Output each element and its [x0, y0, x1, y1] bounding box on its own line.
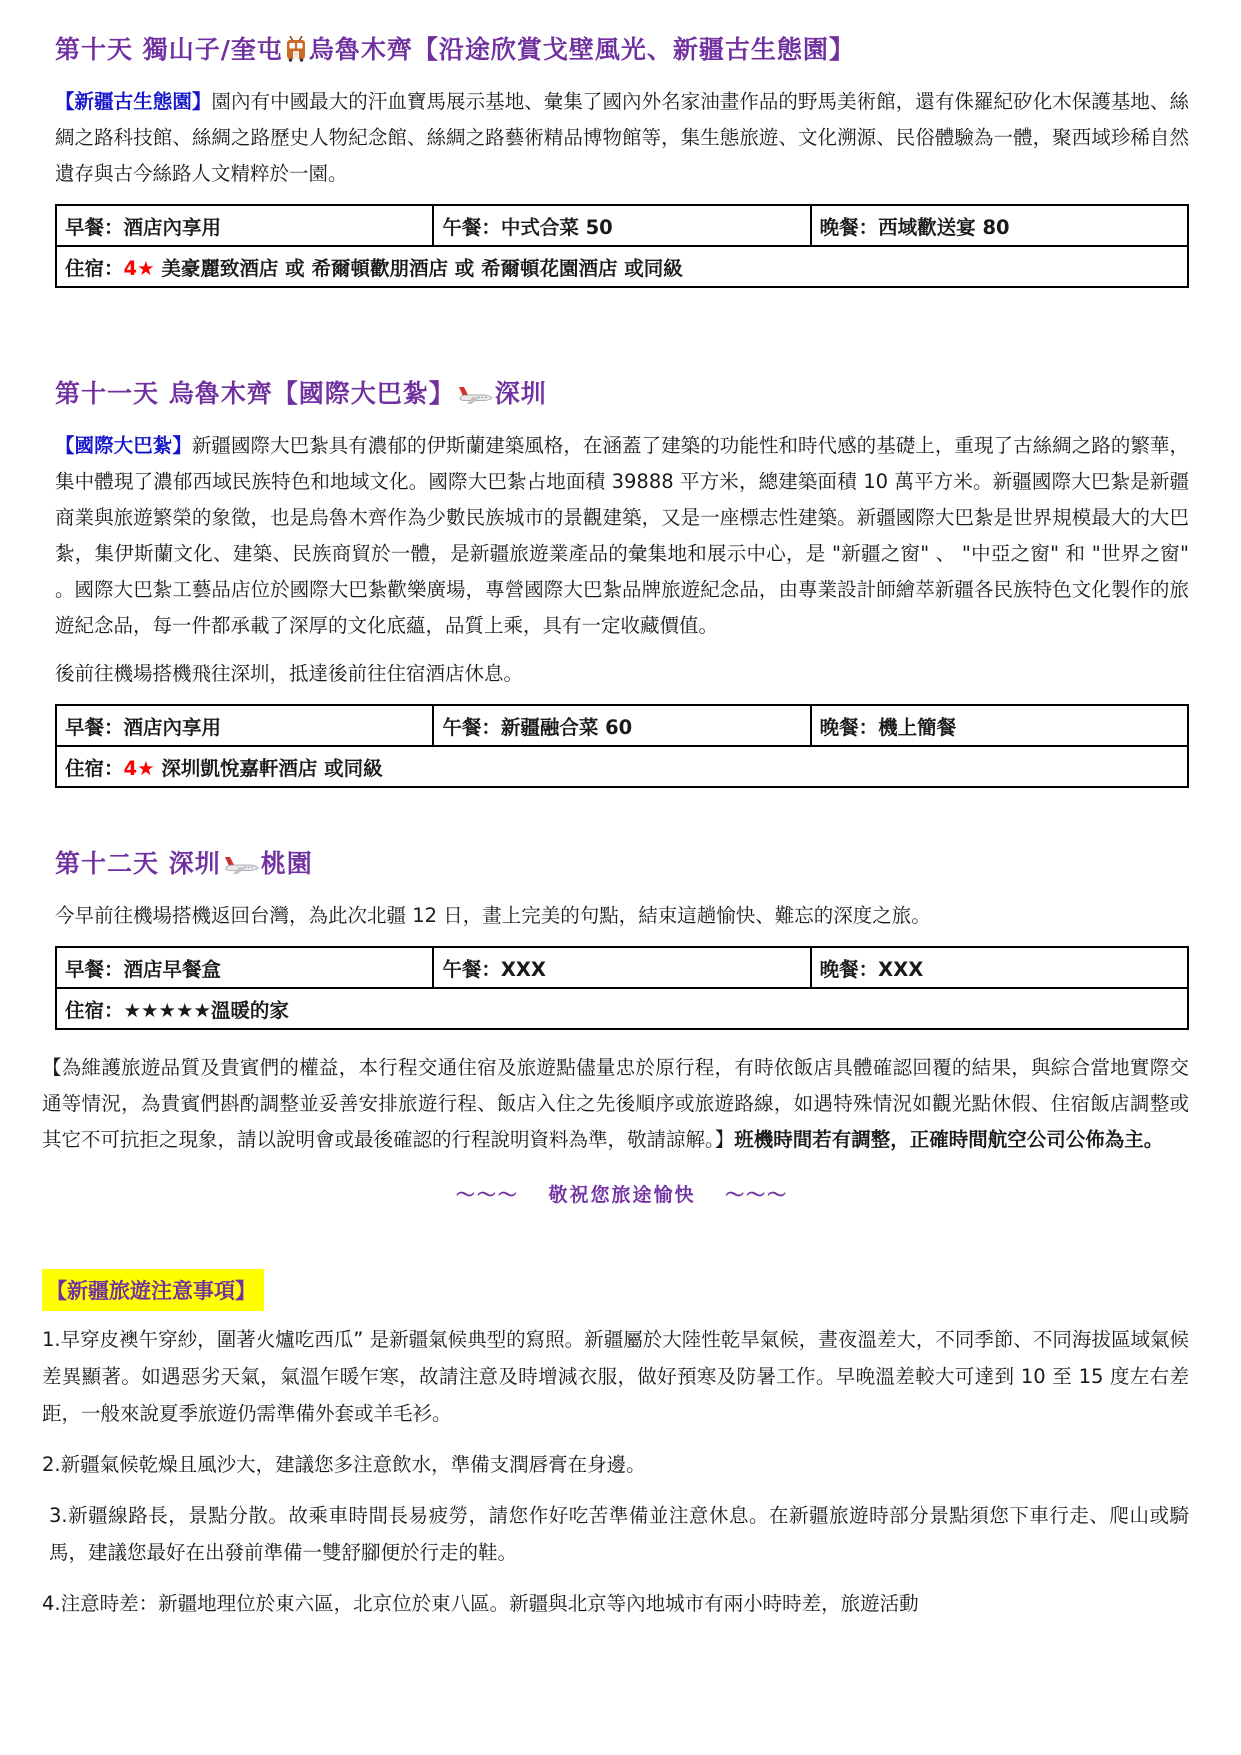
day10-description-text: 園內有中國最大的汗血寶馬展示基地、彙集了國內外名家油畫作品的野馬美術館，還有侏羅…: [55, 90, 1189, 185]
day10-dinner-cell: 晚餐：西域歡送宴 80: [811, 205, 1188, 246]
day11-attraction-label: 【國際大巴紮】: [55, 434, 192, 457]
day12-description: 今早前往機場搭機返回台灣，為此次北疆 12 日，畫上完美的句點，結束這趟愉快、難…: [55, 898, 1189, 934]
flight-schedule-notice: 班機時間若有調整，正確時間航空公司公佈為主。: [734, 1128, 1163, 1151]
day11-lodging-label: 住宿：: [65, 757, 124, 780]
day12-lodging-label: 住宿：: [65, 999, 124, 1022]
day12-lunch-cell: 午餐：XXX: [433, 947, 810, 988]
day10-breakfast-cell: 早餐：酒店內享用: [56, 205, 433, 246]
day10-section: 第十天 獨山子/奎屯烏魯木齊【沿途欣賞戈壁風光、新疆古生態園】 【新疆古生態園】…: [55, 30, 1189, 288]
day10-meals-row: 早餐：酒店內享用 午餐：中式合菜 50 晚餐：西域歡送宴 80: [56, 205, 1188, 246]
day11-transfer-note: 後前往機場搭機飛往深圳，抵達後前往住宿酒店休息。: [55, 656, 1189, 692]
travel-note-1: 1.早穿皮襖午穿紗，圍著火爐吃西瓜” 是新疆氣候典型的寫照。新疆屬於大陸性乾旱氣…: [42, 1321, 1189, 1432]
day11-title-pre: 第十一天 烏魯木齊【國際大巴紮】: [55, 379, 455, 408]
day12-title: 第十二天 深圳桃園: [55, 844, 1189, 882]
day11-lunch-cell: 午餐：新疆融合菜 60: [433, 705, 810, 746]
day10-title: 第十天 獨山子/奎屯烏魯木齊【沿途欣賞戈壁風光、新疆古生態園】: [55, 30, 1189, 68]
day12-meals-row: 早餐：酒店早餐盒 午餐：XXX 晚餐：XXX: [56, 947, 1188, 988]
day11-title-post: 深圳: [495, 379, 547, 408]
day11-meal-table: 早餐：酒店內享用 午餐：新疆融合菜 60 晚餐：機上簡餐 住宿：4★ 深圳凱悅嘉…: [55, 704, 1189, 788]
travel-note-3: 3.新疆線路長，景點分散。故乘車時間長易疲勞，請您作好吃苦準備並注意休息。在新疆…: [49, 1497, 1189, 1571]
day11-meals-row: 早餐：酒店內享用 午餐：新疆融合菜 60 晚餐：機上簡餐: [56, 705, 1188, 746]
day12-dinner-cell: 晚餐：XXX: [811, 947, 1188, 988]
itinerary-disclaimer: 【為維護旅遊品質及貴賓們的權益，本行程交通住宿及旅遊點儘量忠於原行程，有時依飯店…: [42, 1050, 1189, 1158]
day11-breakfast-cell: 早餐：酒店內享用: [56, 705, 433, 746]
day11-title: 第十一天 烏魯木齊【國際大巴紮】深圳: [55, 374, 1189, 412]
day11-lodging-cell: 住宿：4★ 深圳凱悅嘉軒酒店 或同級: [56, 746, 1188, 787]
travel-note-4: 4.注意時差：新疆地理位於東六區，北京位於東八區。新疆與北京等內地城市有兩小時時…: [42, 1585, 1189, 1622]
day12-title-pre: 第十二天 深圳: [55, 849, 221, 878]
day11-star-rating: 4★: [124, 757, 155, 780]
airplane-icon: [223, 853, 259, 882]
day10-lodging-label: 住宿：: [65, 257, 124, 280]
day11-description: 【國際大巴紮】新疆國際大巴紮具有濃郁的伊斯蘭建築風格，在涵蓋了建築的功能性和時代…: [55, 428, 1189, 644]
travel-note-2: 2.新疆氣候乾燥且風沙大，建議您多注意飲水，準備支潤唇膏在身邊。: [42, 1446, 1189, 1483]
day11-lodging-hotels: 深圳凱悅嘉軒酒店 或同級: [155, 757, 383, 780]
day11-lodging-row: 住宿：4★ 深圳凱悅嘉軒酒店 或同級: [56, 746, 1188, 787]
day12-lodging-home: ★★★★★溫暖的家: [124, 999, 289, 1022]
day10-lodging-cell: 住宿：4★ 美豪麗致酒店 或 希爾頓歡朋酒店 或 希爾頓花園酒店 或同級: [56, 246, 1188, 287]
day11-description-text: 新疆國際大巴紮具有濃郁的伊斯蘭建築風格，在涵蓋了建築的功能性和時代感的基礎上，重…: [55, 434, 1189, 637]
day10-star-rating: 4★: [124, 257, 155, 280]
day10-description: 【新疆古生態園】園內有中國最大的汗血寶馬展示基地、彙集了國內外名家油畫作品的野馬…: [55, 84, 1189, 192]
day12-meal-table: 早餐：酒店早餐盒 午餐：XXX 晚餐：XXX 住宿：★★★★★溫暖的家: [55, 946, 1189, 1030]
itinerary-page: 第十天 獨山子/奎屯烏魯木齊【沿途欣賞戈壁風光、新疆古生態園】 【新疆古生態園】…: [0, 0, 1241, 1676]
day11-dinner-cell: 晚餐：機上簡餐: [811, 705, 1188, 746]
day12-lodging-cell: 住宿：★★★★★溫暖的家: [56, 988, 1188, 1029]
day12-title-post: 桃園: [261, 849, 313, 878]
day12-breakfast-cell: 早餐：酒店早餐盒: [56, 947, 433, 988]
travel-notes-heading: 【新疆旅遊注意事項】: [42, 1269, 1189, 1311]
day10-meal-table: 早餐：酒店內享用 午餐：中式合菜 50 晚餐：西域歡送宴 80 住宿：4★ 美豪…: [55, 204, 1189, 288]
bon-voyage-line: ～～～ 敬祝您旅途愉快 ～～～: [55, 1180, 1189, 1207]
day10-lunch-cell: 午餐：中式合菜 50: [433, 205, 810, 246]
day12-description-text: 今早前往機場搭機返回台灣，為此次北疆 12 日，畫上完美的句點，結束這趟愉快、難…: [55, 904, 931, 927]
day11-section: 第十一天 烏魯木齊【國際大巴紮】深圳 【國際大巴紮】新疆國際大巴紮具有濃郁的伊斯…: [55, 374, 1189, 788]
day12-section: 第十二天 深圳桃園 今早前往機場搭機返回台灣，為此次北疆 12 日，畫上完美的句…: [55, 844, 1189, 1030]
day10-attraction-label: 【新疆古生態園】: [55, 90, 211, 113]
travel-notes-heading-highlight: 【新疆旅遊注意事項】: [42, 1269, 264, 1311]
day10-lodging-hotels: 美豪麗致酒店 或 希爾頓歡朋酒店 或 希爾頓花園酒店 或同級: [155, 257, 683, 280]
day10-lodging-row: 住宿：4★ 美豪麗致酒店 或 希爾頓歡朋酒店 或 希爾頓花園酒店 或同級: [56, 246, 1188, 287]
day10-title-post: 烏魯木齊【沿途欣賞戈壁風光、新疆古生態園】: [309, 35, 855, 64]
day10-title-pre: 第十天 獨山子/奎屯: [55, 35, 283, 64]
trolleybus-icon: [285, 36, 307, 68]
airplane-icon: [457, 383, 493, 412]
day12-lodging-row: 住宿：★★★★★溫暖的家: [56, 988, 1188, 1029]
